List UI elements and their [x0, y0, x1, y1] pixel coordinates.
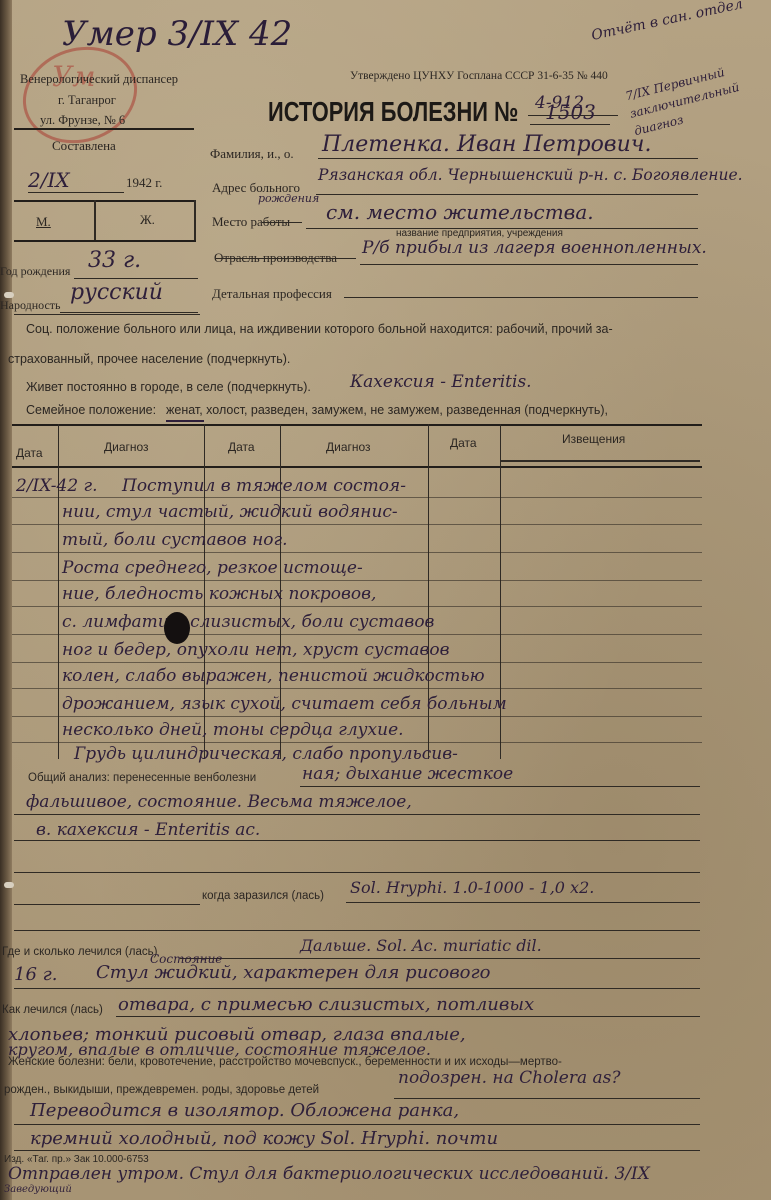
sex-female: Ж. [140, 212, 155, 228]
table-line: тый, боли суставов ног. [62, 530, 288, 550]
table-header-date: Дата [16, 446, 43, 460]
date-underline [28, 192, 124, 193]
treatment-how-value: отвара, с примесью слизистых, потливых [118, 994, 534, 1015]
table-rule [12, 580, 702, 581]
table-line: колен, слабо выражен, пенистой жидкостью [62, 666, 485, 686]
table-rule [12, 716, 702, 717]
table-rule [12, 552, 702, 553]
surname-value: Плетенка. Иван Петрович. [322, 132, 651, 157]
address-value: Рязанская обл. Чернышенский р-н. с. Бого… [318, 166, 743, 184]
treatment-where-underline [180, 958, 700, 959]
general-underline [300, 786, 700, 787]
strikethrough [262, 222, 302, 223]
right-margin-note: 7/IX Первичный заключительный диагноз [624, 54, 771, 140]
sex-box-bottom [14, 240, 196, 242]
record-number-bottom: 1503 [545, 100, 596, 124]
nationality-label: Народность [0, 298, 61, 313]
compiled-label: Составлена [52, 138, 116, 154]
compiled-year: 1942 г. [126, 175, 162, 191]
female-line-3: Отправлен утром. Стул для бактериологиче… [8, 1164, 650, 1184]
female-label: Женские болезни: бели, кровотечение, рас… [8, 1056, 562, 1068]
surname-underline [318, 158, 698, 159]
general-pre-line: Грудь цилиндрическая, слабо пропульсив- [74, 744, 458, 764]
infection-label: когда заразился (лась) [202, 890, 324, 902]
table-rule [12, 634, 702, 635]
sex-box-right [194, 200, 196, 240]
social-line-1: Соц. положение больного или лица, на ижд… [26, 322, 613, 336]
table-header-border [12, 466, 702, 468]
institution-line-2: г. Таганрог [58, 93, 116, 108]
table-line: ние, бледность кожных покровов, [62, 584, 376, 604]
page-title: ИСТОРИЯ БОЛЕЗНИ № [268, 96, 518, 128]
col-divider [58, 424, 59, 759]
institution-line-1: Венерологический диспансер [20, 72, 178, 87]
table-line: с. лимфатич. слизистых, боли суставов [62, 612, 434, 632]
residence-label: Живет постоянно в городе, в селе (подчер… [26, 380, 311, 394]
residence-note: Кахексия - Enteritis. [350, 372, 532, 392]
nationality-underline [60, 312, 198, 313]
female-line-1: Переводится в изолятор. Обложена ранка, [30, 1100, 459, 1121]
table-header-date-2: Дата [228, 440, 255, 454]
approval-note: Утверждено ЦУНХУ Госплана СССР 31-6-35 №… [350, 70, 608, 82]
rule [14, 988, 700, 989]
blank-line [14, 930, 700, 931]
female-value: подозрен. на Cholera as? [398, 1068, 620, 1088]
birth-underline [74, 278, 198, 279]
table-line: Роста среднего, резкое истоще- [62, 558, 363, 578]
treatment-how-label: Как лечился (лась) [2, 1004, 103, 1016]
workplace-value: см. место жительства. [326, 200, 594, 224]
rule [14, 1150, 700, 1151]
surname-label: Фамилия, и., о. [210, 146, 294, 162]
table-line: нии, стул частый, жидкий водянис- [62, 502, 398, 522]
general-underline [14, 814, 700, 815]
sex-box-divider [94, 200, 96, 240]
table-line: ног и бедер, опухоли нет, хруст суставов [62, 640, 450, 660]
birth-value: 33 г. [88, 248, 141, 273]
general-line-1: ная; дыхание жесткое [302, 764, 513, 784]
industry-underline [360, 264, 698, 265]
general-underline [14, 840, 700, 841]
general-line-3: в. кахексия - Enteritis ac. [36, 820, 260, 840]
table-line: дрожанием, язык сухой, считает себя боль… [62, 694, 507, 714]
female-line-2: кремний холодный, под кожу Sol. Hryphi. … [30, 1128, 498, 1149]
table-entry-date: 2/IX-42 г. [16, 476, 98, 496]
ink-blot [164, 612, 190, 644]
institution-line-3: ул. Фрунзе, № 6 [40, 113, 125, 128]
table-rule [12, 524, 702, 525]
table-line: несколько дней, тоны сердца глухие. [62, 720, 404, 740]
number-underline [530, 124, 610, 125]
divider [14, 128, 194, 130]
industry-value: Р/б прибыл из лагеря военнопленных. [362, 238, 707, 258]
divider [14, 314, 200, 315]
birth-label: Год рождения [0, 264, 70, 279]
sex-box-top [14, 200, 196, 202]
marital-options: женат, холост, разведен, замужем, не зам… [166, 403, 608, 417]
female-label-2: рожден., выкидыши, преждевремен. роды, з… [4, 1084, 319, 1096]
infection-value: Sol. Hryphi. 1.0-1000 - 1,0 x2. [350, 878, 594, 897]
blank-line [14, 872, 700, 873]
social-line-2: страхованный, прочее население (подчеркн… [8, 352, 290, 366]
top-right-note: Отчёт в сан. отдел [590, 0, 744, 44]
table-rule [12, 742, 702, 743]
treatment-where-line-2: Стул жидкий, характерен для рисового [96, 962, 490, 983]
compiled-date: 2/IX [28, 168, 70, 192]
table-rule [12, 497, 702, 498]
nationality-value: русский [70, 280, 163, 305]
medical-history-card: Умер 3/IX 42 Ум Отчёт в сан. отдел 7/IX … [0, 0, 771, 1200]
general-line-2: фальшивое, состояние. Весьма тяжелое, [26, 792, 412, 812]
table-header-date-3: Дата [450, 436, 477, 450]
book-binding [0, 0, 12, 1200]
table-rule [12, 662, 702, 663]
infection-left-line [14, 904, 200, 905]
binding-staple [4, 882, 14, 888]
table-line: Поступил в тяжелом состоя- [122, 476, 406, 496]
table-top-border [12, 424, 702, 426]
table-rule [12, 688, 702, 689]
table-rule [12, 606, 702, 607]
treatment-where-value: Дальше. Sol. Ac. muriatic dil. [300, 936, 542, 955]
strikethrough [216, 258, 356, 259]
married-underline [166, 420, 204, 422]
sex-male: М. [36, 214, 51, 230]
workplace-correction: рождения [258, 192, 319, 205]
profession-underline [344, 297, 698, 298]
treatment-where-prefix: 16 г. [14, 964, 57, 985]
general-label: Общий анализ: перенесенные венболезни [28, 772, 256, 784]
female-underline [394, 1098, 700, 1099]
table-header-sub-border [500, 460, 700, 462]
profession-label: Детальная профессия [212, 286, 332, 302]
table-header-diagnosis: Диагноз [104, 440, 149, 454]
treatment-where-label: Где и сколько лечился (лась) [2, 946, 157, 958]
bottom-left-note: Заведующий [4, 1184, 72, 1195]
rule [14, 1124, 700, 1125]
table-header-notices: Извещения [562, 432, 625, 446]
marital-label: Семейное положение: [26, 403, 156, 417]
treatment-how-underline [116, 1016, 700, 1017]
infection-underline [346, 902, 700, 903]
address-underline [316, 194, 698, 195]
table-header-diagnosis-2: Диагноз [326, 440, 371, 454]
